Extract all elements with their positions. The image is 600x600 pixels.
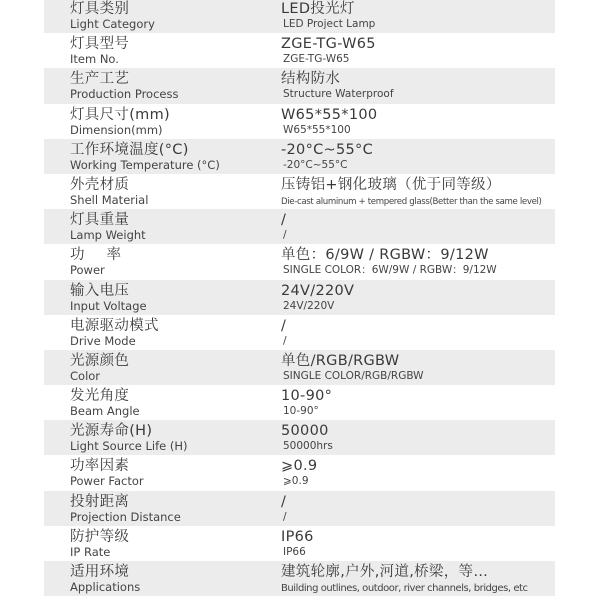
value-en: ⩾0.9 (283, 474, 309, 488)
value-en: LED Project Lamp (283, 17, 375, 31)
spec-value: 24V/220V 24V/220V (281, 280, 555, 315)
spec-value: / / (281, 491, 555, 526)
label-en: Drive Mode (70, 334, 136, 348)
value-cn: / (281, 494, 286, 511)
spec-row-shell-material: 外壳材质 Shell Material 压铸铝+钢化玻璃（优于同等级） Die-… (44, 174, 555, 209)
spec-row-input-voltage: 输入电压 Input Voltage 24V/220V 24V/220V (44, 280, 555, 315)
spec-row-lamp-weight: 灯具重量 Lamp Weight / / (44, 209, 555, 244)
label-cn: 电源驱动模式 (70, 318, 159, 335)
spec-table: 灯具类别 Light Category LED投光灯 LED Project L… (44, 0, 555, 596)
value-cn: 压铸铝+钢化玻璃（优于同等级） (281, 177, 501, 194)
spec-label: 灯具型号 Item No. (70, 33, 270, 68)
spec-label: 防护等级 IP Rate (70, 526, 270, 561)
spec-value: ZGE-TG-W65 ZGE-TG-W65 (281, 33, 555, 68)
spec-value: LED投光灯 LED Project Lamp (281, 0, 555, 33)
spec-label: 灯具尺寸(mm) Dimension(mm) (70, 104, 270, 139)
label-en: Applications (70, 580, 140, 594)
spec-value: 单色：6/9W / RGBW：9/12W SINGLE COLOR：6W/9W … (281, 244, 555, 279)
value-en: SINGLE COLOR/RGB/RGBW (283, 369, 424, 383)
value-en: W65*55*100 (283, 123, 351, 137)
value-en: 10-90° (283, 404, 319, 418)
spec-row-color: 光源颜色 Color 单色/RGB/RGBW SINGLE COLOR/RGB/… (44, 350, 555, 385)
spec-row-light-source-life: 光源寿命(H) Light Source Life (H) 50000 5000… (44, 420, 555, 455)
spec-value: / / (281, 315, 555, 350)
spec-label: 输入电压 Input Voltage (70, 280, 270, 315)
label-cn: 工作环境温度(°C) (70, 142, 189, 159)
value-en: IP66 (283, 545, 306, 559)
label-cn: 防护等级 (70, 529, 129, 546)
spec-label: 电源驱动模式 Drive Mode (70, 315, 270, 350)
spec-label: 灯具类别 Light Category (70, 0, 270, 33)
value-en: 24V/220V (283, 299, 334, 313)
spec-row-item-no: 灯具型号 Item No. ZGE-TG-W65 ZGE-TG-W65 (44, 33, 555, 68)
label-cn: 投射距离 (70, 494, 129, 511)
label-en: Input Voltage (70, 299, 147, 313)
spec-row-power-factor: 功率因素 Power Factor ⩾0.9 ⩾0.9 (44, 455, 555, 490)
spec-label: 功率因素 Power Factor (70, 455, 270, 490)
spec-label: 光源颜色 Color (70, 350, 270, 385)
spec-label: 生产工艺 Production Process (70, 68, 270, 103)
spec-label: 工作环境温度(°C) Working Temperature (°C) (70, 139, 270, 174)
label-en: Item No. (70, 52, 119, 66)
spec-value: 单色/RGB/RGBW SINGLE COLOR/RGB/RGBW (281, 350, 555, 385)
value-en: Die-cast aluminum + tempered glass(Bette… (281, 195, 542, 209)
value-cn: ⩾0.9 (281, 458, 317, 475)
label-cn: 功率因素 (70, 458, 129, 475)
label-en: Production Process (70, 87, 178, 101)
label-cn: 输入电压 (70, 283, 129, 300)
value-cn: 建筑轮廓,户外,河道,桥梁，等… (281, 564, 488, 581)
label-en: Dimension(mm) (70, 123, 163, 137)
value-en: / (283, 334, 287, 348)
label-cn: 灯具重量 (70, 212, 129, 229)
label-en: Beam Angle (70, 404, 140, 418)
value-cn: LED投光灯 (281, 1, 355, 18)
value-cn: 结构防水 (281, 71, 340, 88)
spec-row-production-process: 生产工艺 Production Process 结构防水 Structure W… (44, 68, 555, 103)
value-cn: 24V/220V (281, 283, 354, 300)
value-cn: / (281, 212, 286, 229)
spec-label: 功率 Power (70, 244, 270, 279)
spec-row-dimension: 灯具尺寸(mm) Dimension(mm) W65*55*100 W65*55… (44, 104, 555, 139)
label-cn: 灯具类别 (70, 1, 129, 18)
spec-value: W65*55*100 W65*55*100 (281, 104, 555, 139)
value-cn: 单色/RGB/RGBW (281, 353, 399, 370)
label-en: Power (70, 263, 105, 277)
value-en: Structure Waterproof (283, 87, 394, 101)
label-en: Shell Material (70, 193, 148, 207)
spec-label: 灯具重量 Lamp Weight (70, 209, 270, 244)
value-cn: -20°C~55°C (281, 142, 373, 159)
value-cn: 单色：6/9W / RGBW：9/12W (281, 247, 489, 264)
spec-value: / / (281, 209, 555, 244)
spec-value: 50000 50000hrs (281, 420, 555, 455)
label-cn: 生产工艺 (70, 71, 129, 88)
spec-row-projection-distance: 投射距离 Projection Distance / / (44, 491, 555, 526)
label-cn: 光源颜色 (70, 353, 129, 370)
spec-label: 外壳材质 Shell Material (70, 174, 270, 209)
value-en: -20°C~55°C (283, 158, 347, 172)
spec-value: IP66 IP66 (281, 526, 555, 561)
label-en: Color (70, 369, 100, 383)
value-cn: 50000 (281, 423, 329, 440)
value-en: / (283, 228, 287, 242)
label-cn: 外壳材质 (70, 177, 129, 194)
label-cn: 光源寿命(H) (70, 423, 152, 440)
value-cn: / (281, 318, 286, 335)
value-cn: ZGE-TG-W65 (281, 36, 376, 53)
value-cn: W65*55*100 (281, 107, 377, 124)
value-en: ZGE-TG-W65 (283, 52, 349, 66)
value-en: / (283, 510, 287, 524)
spec-value: 建筑轮廓,户外,河道,桥梁，等… Building outlines, outd… (281, 561, 555, 596)
label-cn: 发光角度 (70, 388, 129, 405)
spec-value: ⩾0.9 ⩾0.9 (281, 455, 555, 490)
spec-value: 10-90° 10-90° (281, 385, 555, 420)
value-cn: 10-90° (281, 388, 332, 405)
spec-value: -20°C~55°C -20°C~55°C (281, 139, 555, 174)
spec-label: 发光角度 Beam Angle (70, 385, 270, 420)
spec-row-applications: 适用环境 Applications 建筑轮廓,户外,河道,桥梁，等… Build… (44, 561, 555, 596)
label-en: IP Rate (70, 545, 110, 559)
spec-row-ip-rate: 防护等级 IP Rate IP66 IP66 (44, 526, 555, 561)
label-cn: 功率 (70, 247, 143, 264)
label-cn: 适用环境 (70, 564, 129, 581)
label-en: Light Category (70, 17, 155, 31)
label-en: Projection Distance (70, 510, 181, 524)
label-en: Power Factor (70, 474, 144, 488)
label-en: Light Source Life (H) (70, 439, 188, 453)
spec-row-beam-angle: 发光角度 Beam Angle 10-90° 10-90° (44, 385, 555, 420)
value-cn: IP66 (281, 529, 314, 546)
spec-row-power: 功率 Power 单色：6/9W / RGBW：9/12W SINGLE COL… (44, 244, 555, 279)
spec-label: 光源寿命(H) Light Source Life (H) (70, 420, 270, 455)
spec-row-light-category: 灯具类别 Light Category LED投光灯 LED Project L… (44, 0, 555, 33)
value-en: 50000hrs (283, 439, 333, 453)
spec-value: 压铸铝+钢化玻璃（优于同等级） Die-cast aluminum + temp… (281, 174, 555, 209)
spec-row-working-temperature: 工作环境温度(°C) Working Temperature (°C) -20°… (44, 139, 555, 174)
spec-label: 投射距离 Projection Distance (70, 491, 270, 526)
label-en: Working Temperature (°C) (70, 158, 220, 172)
label-cn: 灯具型号 (70, 36, 129, 53)
value-en: SINGLE COLOR：6W/9W / RGBW：9/12W (283, 263, 497, 277)
spec-label: 适用环境 Applications (70, 561, 270, 596)
spec-value: 结构防水 Structure Waterproof (281, 68, 555, 103)
label-en: Lamp Weight (70, 228, 146, 242)
value-en: Building outlines, outdoor, river channe… (281, 582, 528, 596)
spec-row-drive-mode: 电源驱动模式 Drive Mode / / (44, 315, 555, 350)
label-cn: 灯具尺寸(mm) (70, 107, 170, 124)
